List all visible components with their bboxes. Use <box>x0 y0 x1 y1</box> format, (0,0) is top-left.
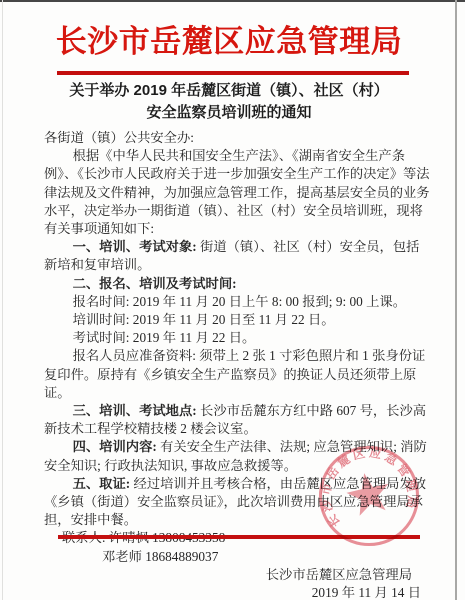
document-title-line2: 安全监察员培训班的通知 <box>0 102 458 124</box>
header-divider-rule <box>57 71 409 75</box>
training-time-line: 培训时间: 2019 年 11 月 20 日至 11 月 22 日。 <box>44 311 430 329</box>
section-2-schedule-heading: 二、报名、培训及考试时间: <box>44 275 430 293</box>
section-4-content: 四、培训内容: 有关安全生产法律、法规; 应急管理知识; 消防安全知识; 行政执… <box>44 438 430 474</box>
contact-line-2: 邓老师 18684889037 <box>44 548 430 566</box>
salutation: 各街道（镇）公共安全办: <box>44 129 430 147</box>
intro-paragraph: 根据《中华人民共和国安全生产法》、《湖南省安全生产条例》、《长沙市人民政府关于进… <box>44 147 430 238</box>
contact-line-1: 联系人: 许晴枫 13808453358 <box>44 529 430 547</box>
section-1-training-target: 一、培训、考试对象: 街道（镇）、社区（村）安全员，包括新培和复审培训。 <box>44 238 430 274</box>
footer-divider-rule <box>58 535 420 539</box>
document-title-line1: 关于举办 2019 年岳麓区街道（镇）、社区（村） <box>0 80 458 102</box>
section-5-label: 五、取证: <box>73 476 134 491</box>
scanned-notice-page: 长沙市岳麓区应急管理局 关于举办 2019 年岳麓区街道（镇）、社区（村） 安全… <box>0 0 465 600</box>
section-3-location: 三、培训、考试地点: 长沙市岳麓东方红中路 607 号，长沙高新技术工程学校精技… <box>44 402 430 438</box>
required-materials-line: 报名人员应准备资料: 须带上 2 张 1 寸彩色照片和 1 张身份证复印件。原持… <box>44 347 430 402</box>
signature-date: 2019 年 11 月 14 日 <box>44 584 430 600</box>
document-body: 各街道（镇）公共安全办: 根据《中华人民共和国安全生产法》、《湖南省安全生产条例… <box>44 129 430 600</box>
signature-org: 长沙市岳麓区应急管理局 <box>44 566 430 584</box>
section-1-label: 一、培训、考试对象: <box>73 239 200 254</box>
section-2-label: 二、报名、培训及考试时间: <box>73 276 237 291</box>
scan-edge-top <box>0 0 465 2</box>
agency-header: 长沙市岳麓区应急管理局 <box>0 16 458 61</box>
exam-time-line: 考试时间: 2019 年 11 月 22 日。 <box>44 329 430 347</box>
document-title: 关于举办 2019 年岳麓区街道（镇）、社区（村） 安全监察员培训班的通知 <box>0 80 458 123</box>
registration-time-line: 报名时间: 2019 年 11 月 20 日上午 8: 00 报到; 9: 00… <box>44 293 430 311</box>
section-5-certificate: 五、取证: 经过培训并且考核合格，由岳麓区应急管理局发放《乡镇（街道）安全监察员… <box>44 475 430 530</box>
section-3-label: 三、培训、考试地点: <box>73 403 200 418</box>
section-4-label: 四、培训内容: <box>73 439 161 454</box>
